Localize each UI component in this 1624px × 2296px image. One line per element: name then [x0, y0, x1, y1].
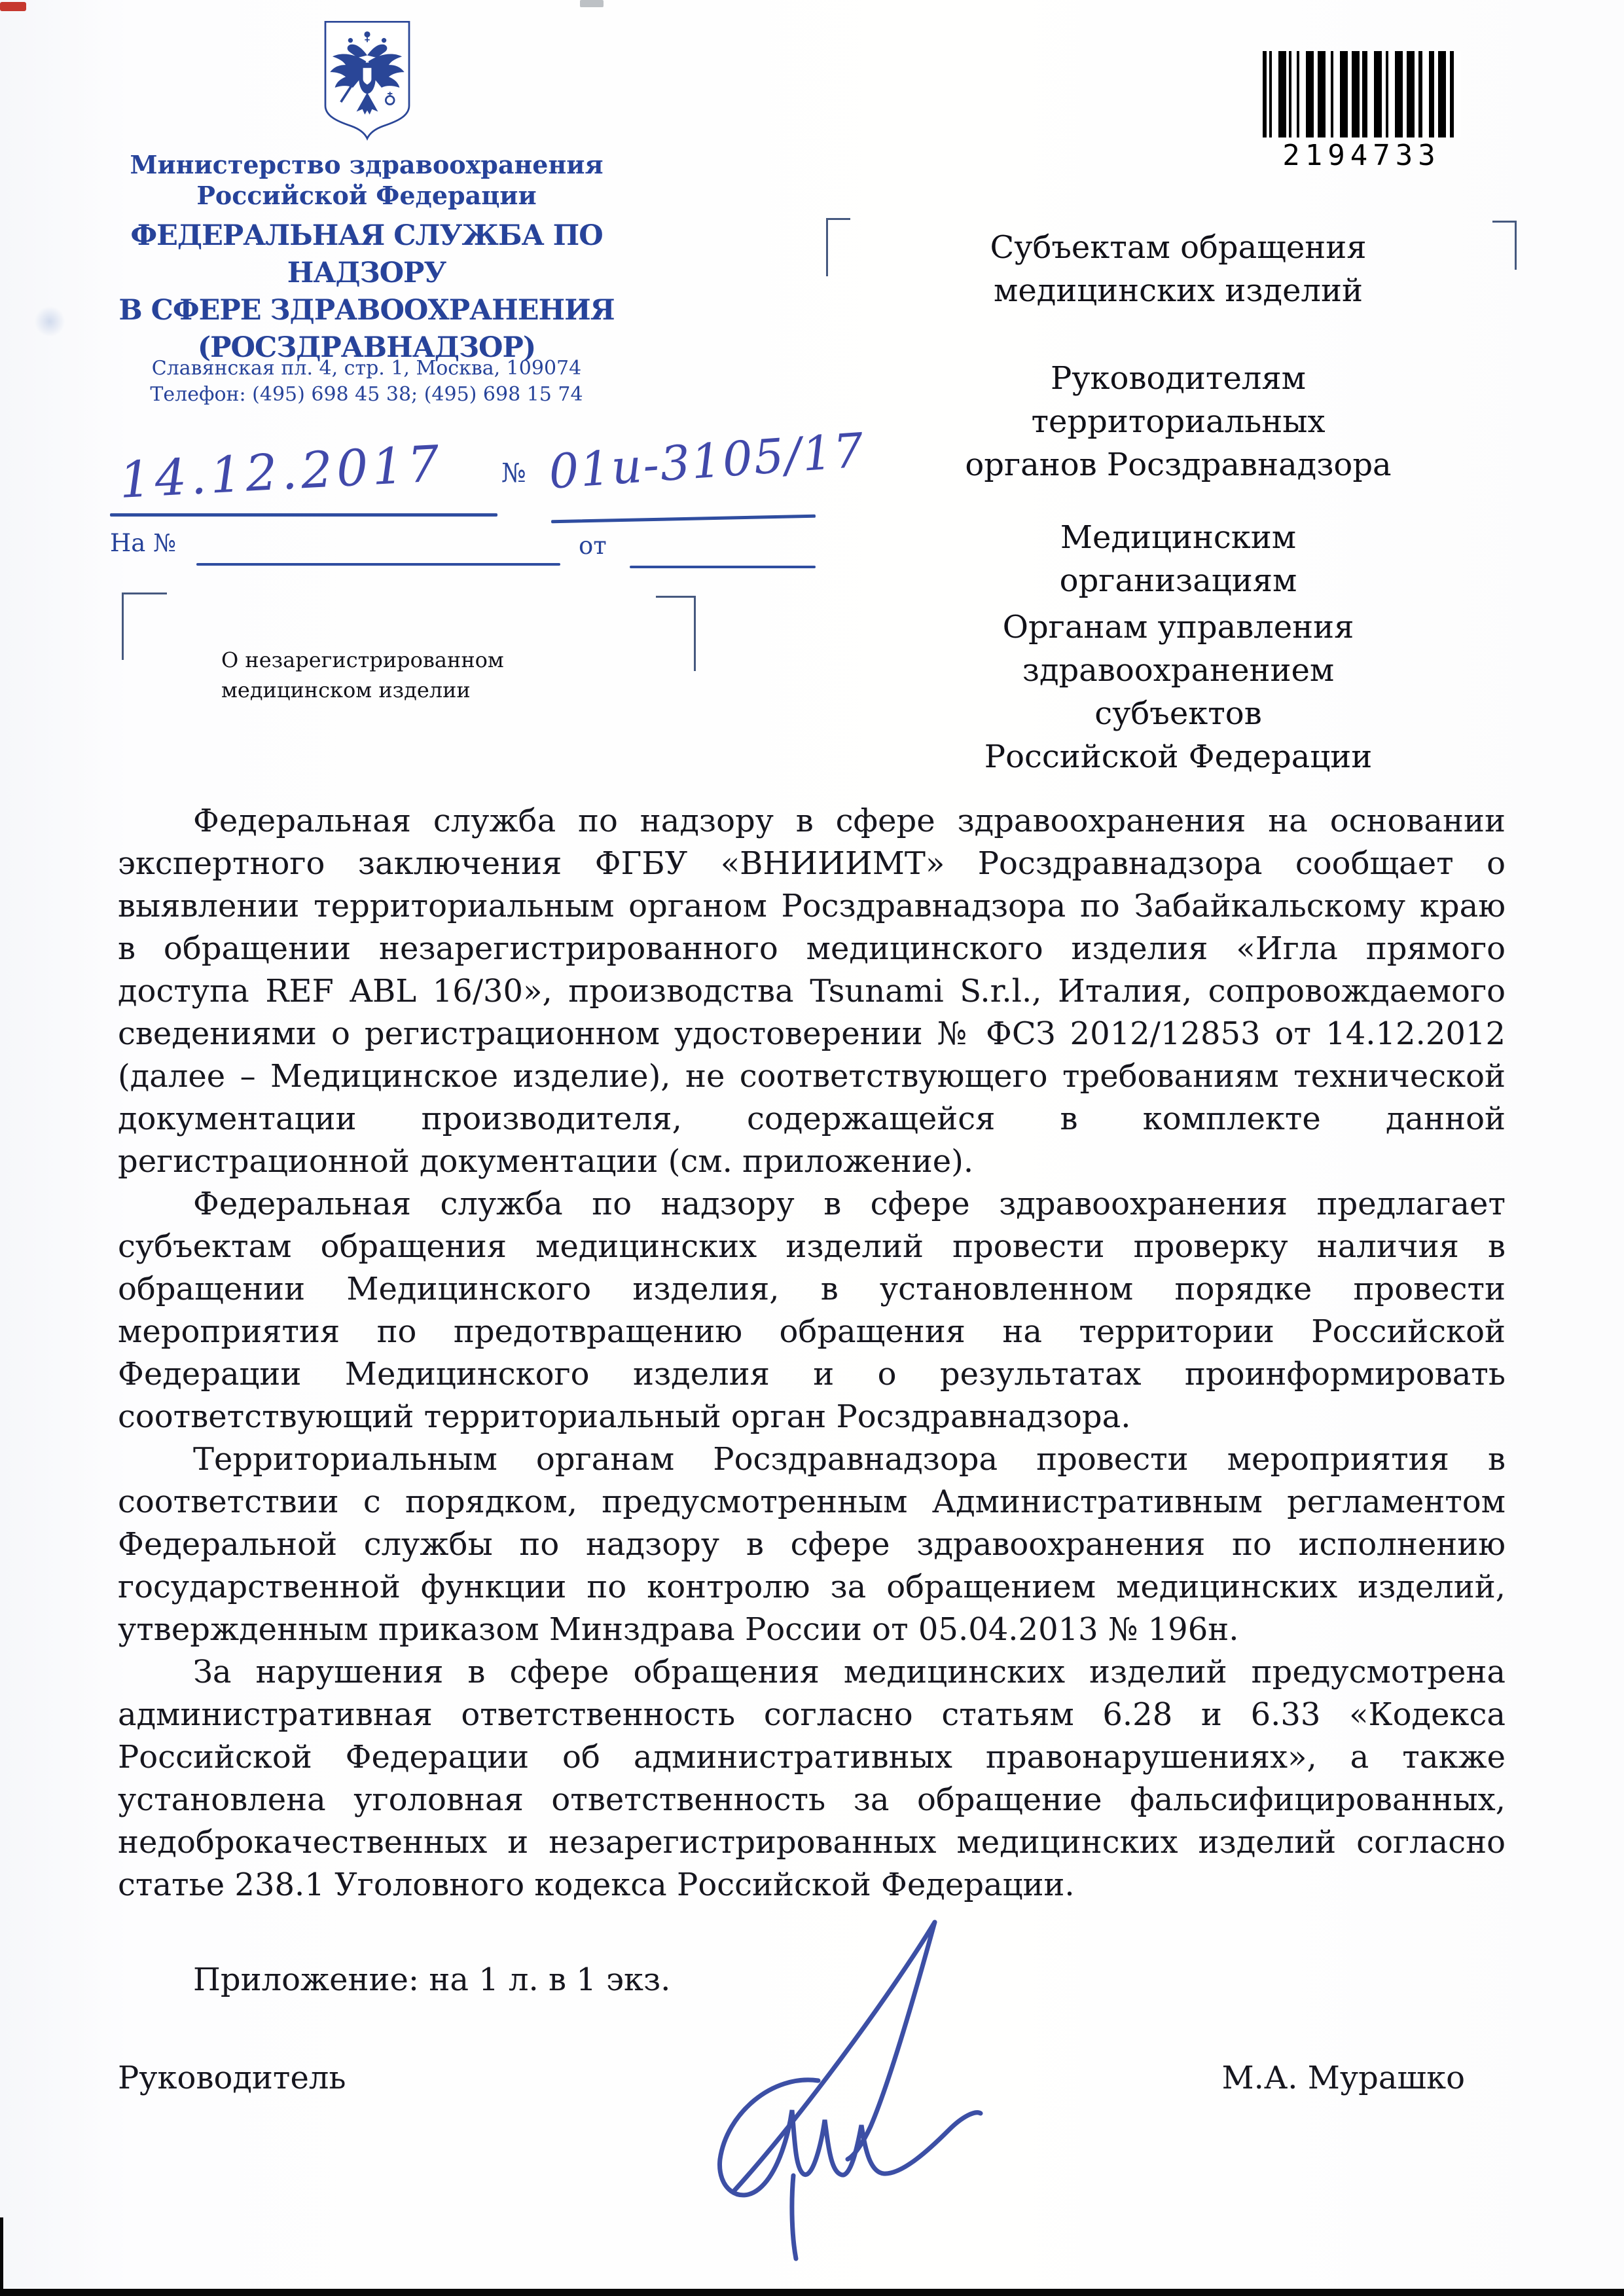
- body-paragraph: За нарушения в сфере обращения медицинск…: [118, 1651, 1506, 1906]
- scan-artifact-smudge: [34, 306, 65, 337]
- handwritten-outgoing-number: 01и-3105/17: [547, 422, 867, 500]
- barcode-number: 2194733: [1258, 139, 1465, 172]
- scan-edge-bar: [0, 2289, 1624, 2296]
- service-name: ФЕДЕРАЛЬНАЯ СЛУЖБА ПО НАДЗОРУ В СФЕРЕ ЗД…: [71, 217, 662, 367]
- ministry-name: Министерство здравоохранения Российской …: [71, 149, 662, 211]
- number-sign-label: №: [501, 458, 526, 488]
- attachment-note: Приложение: на 1 л. в 1 экз.: [193, 1961, 670, 1998]
- recipient-item: Субъектам обращения медицинских изделий: [948, 226, 1409, 312]
- service-address: Славянская пл. 4, стр. 1, Москва, 109074…: [71, 355, 662, 408]
- reply-number-label: На №: [110, 529, 176, 557]
- corner-bracket: [826, 218, 850, 276]
- body-paragraph: Федеральная служба по надзору в сфере зд…: [118, 1183, 1506, 1438]
- footer-row: Руководитель М.А. Мурашко: [118, 2060, 1465, 2096]
- barcode-block: 2194733: [1258, 51, 1465, 172]
- barcode-icon: [1263, 51, 1460, 137]
- recipient-item: Руководителям территориальных органов Ро…: [948, 357, 1409, 486]
- scan-artifact-gray: [580, 0, 604, 7]
- number-underline: [551, 515, 816, 523]
- reply-date-label: от: [579, 532, 607, 560]
- corner-bracket: [656, 596, 696, 671]
- recipient-item: Органам управления здравоохранением субъ…: [948, 606, 1409, 778]
- letter-body: Федеральная служба по надзору в сфере зд…: [118, 800, 1506, 1906]
- corner-bracket: [1492, 221, 1517, 270]
- scan-edge-bar: [0, 2217, 3, 2296]
- reply-number-blank: [196, 563, 560, 566]
- corner-bracket: [122, 592, 167, 660]
- handwritten-date: 14.12.2017: [118, 434, 444, 509]
- russia-coat-of-arms-icon: [319, 17, 416, 143]
- reply-date-blank: [630, 566, 816, 568]
- scan-artifact-red: [0, 2, 26, 11]
- body-paragraph: Территориальным органам Росздравнадзора …: [118, 1438, 1506, 1651]
- letter-subject: О незарегистрированном медицинском издел…: [221, 645, 504, 705]
- recipient-item: Медицинским организациям: [948, 516, 1409, 602]
- date-underline: [110, 513, 497, 517]
- scanned-letter-page: Министерство здравоохранения Российской …: [0, 0, 1624, 2296]
- signer-name: М.А. Мурашко: [1221, 2060, 1465, 2096]
- signer-position: Руководитель: [118, 2060, 346, 2096]
- body-paragraph: Федеральная служба по надзору в сфере зд…: [118, 800, 1506, 1183]
